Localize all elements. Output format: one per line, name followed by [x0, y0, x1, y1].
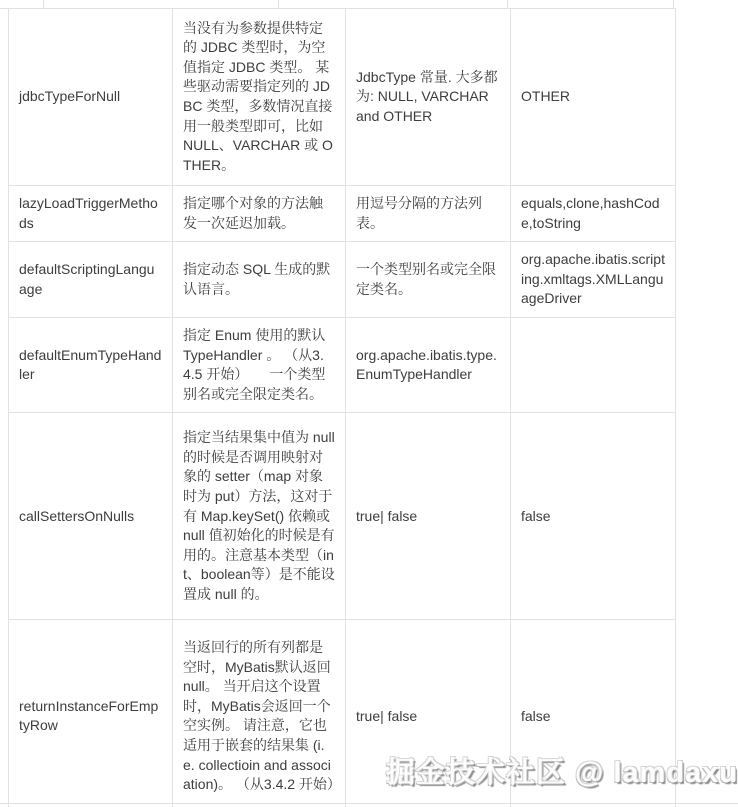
cell-valid-values: JdbcType 常量. 大多都为: NULL, VARCHAR and OTH…	[346, 9, 511, 186]
cell-setting-name: returnInstanceForEmptyRow	[9, 620, 173, 807]
cell-default-value	[511, 317, 676, 412]
cell-valid-values: true| false	[346, 413, 511, 620]
table-bottom-border	[0, 803, 738, 804]
cell-setting-name: defaultScriptingLanguage	[9, 242, 173, 318]
cell-description: 当没有为参数提供特定的 JDBC 类型时，为空值指定 JDBC 类型。 某些驱动…	[173, 9, 346, 186]
table-border-segment	[507, 0, 508, 8]
cell-valid-values: true| false	[346, 620, 511, 807]
cell-setting-name: lazyLoadTriggerMethods	[9, 186, 173, 242]
table-row-defaultEnumTypeHandler: defaultEnumTypeHandler 指定 Enum 使用的默认 Typ…	[9, 317, 676, 412]
table-border-segment	[278, 0, 279, 8]
cell-valid-values: 用逗号分隔的方法列表。	[346, 186, 511, 242]
cell-valid-values: org.apache.ibatis.type.EnumTypeHandler	[346, 317, 511, 412]
cell-setting-name: defaultEnumTypeHandler	[9, 317, 173, 412]
table-row-callSettersOnNulls: callSettersOnNulls 指定当结果集中值为 null 的时候是否调…	[9, 413, 676, 620]
table-border-segment	[43, 0, 44, 8]
cell-setting-name: jdbcTypeForNull	[9, 9, 173, 186]
cell-default-value: false	[511, 413, 676, 620]
document-page: jdbcTypeForNull 当没有为参数提供特定的 JDBC 类型时，为空值…	[0, 0, 738, 807]
cell-setting-name: callSettersOnNulls	[9, 413, 173, 620]
settings-table: jdbcTypeForNull 当没有为参数提供特定的 JDBC 类型时，为空值…	[8, 8, 676, 807]
cell-description: 指定动态 SQL 生成的默认语言。	[173, 242, 346, 318]
table-row-defaultScriptingLanguage: defaultScriptingLanguage 指定动态 SQL 生成的默认语…	[9, 242, 676, 318]
cell-description: 当返回行的所有列都是空时，MyBatis默认返回 null。 当开启这个设置时，…	[173, 620, 346, 807]
cell-valid-values: 一个类型别名或完全限定类名。	[346, 242, 511, 318]
table-border-segment	[673, 0, 674, 8]
cell-description: 指定当结果集中值为 null 的时候是否调用映射对象的 setter（map 对…	[173, 413, 346, 620]
cell-description: 指定哪个对象的方法触发一次延迟加载。	[173, 186, 346, 242]
table-row-returnInstanceForEmptyRow: returnInstanceForEmptyRow 当返回行的所有列都是空时，M…	[9, 620, 676, 807]
settings-table-body: jdbcTypeForNull 当没有为参数提供特定的 JDBC 类型时，为空值…	[9, 9, 676, 807]
cell-default-value: org.apache.ibatis.scripting.xmltags.XMLL…	[511, 242, 676, 318]
table-row-jdbcTypeForNull: jdbcTypeForNull 当没有为参数提供特定的 JDBC 类型时，为空值…	[9, 9, 676, 186]
table-row-lazyLoadTriggerMethods: lazyLoadTriggerMethods 指定哪个对象的方法触发一次延迟加载…	[9, 186, 676, 242]
cell-default-value: false	[511, 620, 676, 807]
cell-default-value: OTHER	[511, 9, 676, 186]
cell-description: 指定 Enum 使用的默认 TypeHandler 。 （从3.4.5 开始） …	[173, 317, 346, 412]
cell-default-value: equals,clone,hashCode,toString	[511, 186, 676, 242]
